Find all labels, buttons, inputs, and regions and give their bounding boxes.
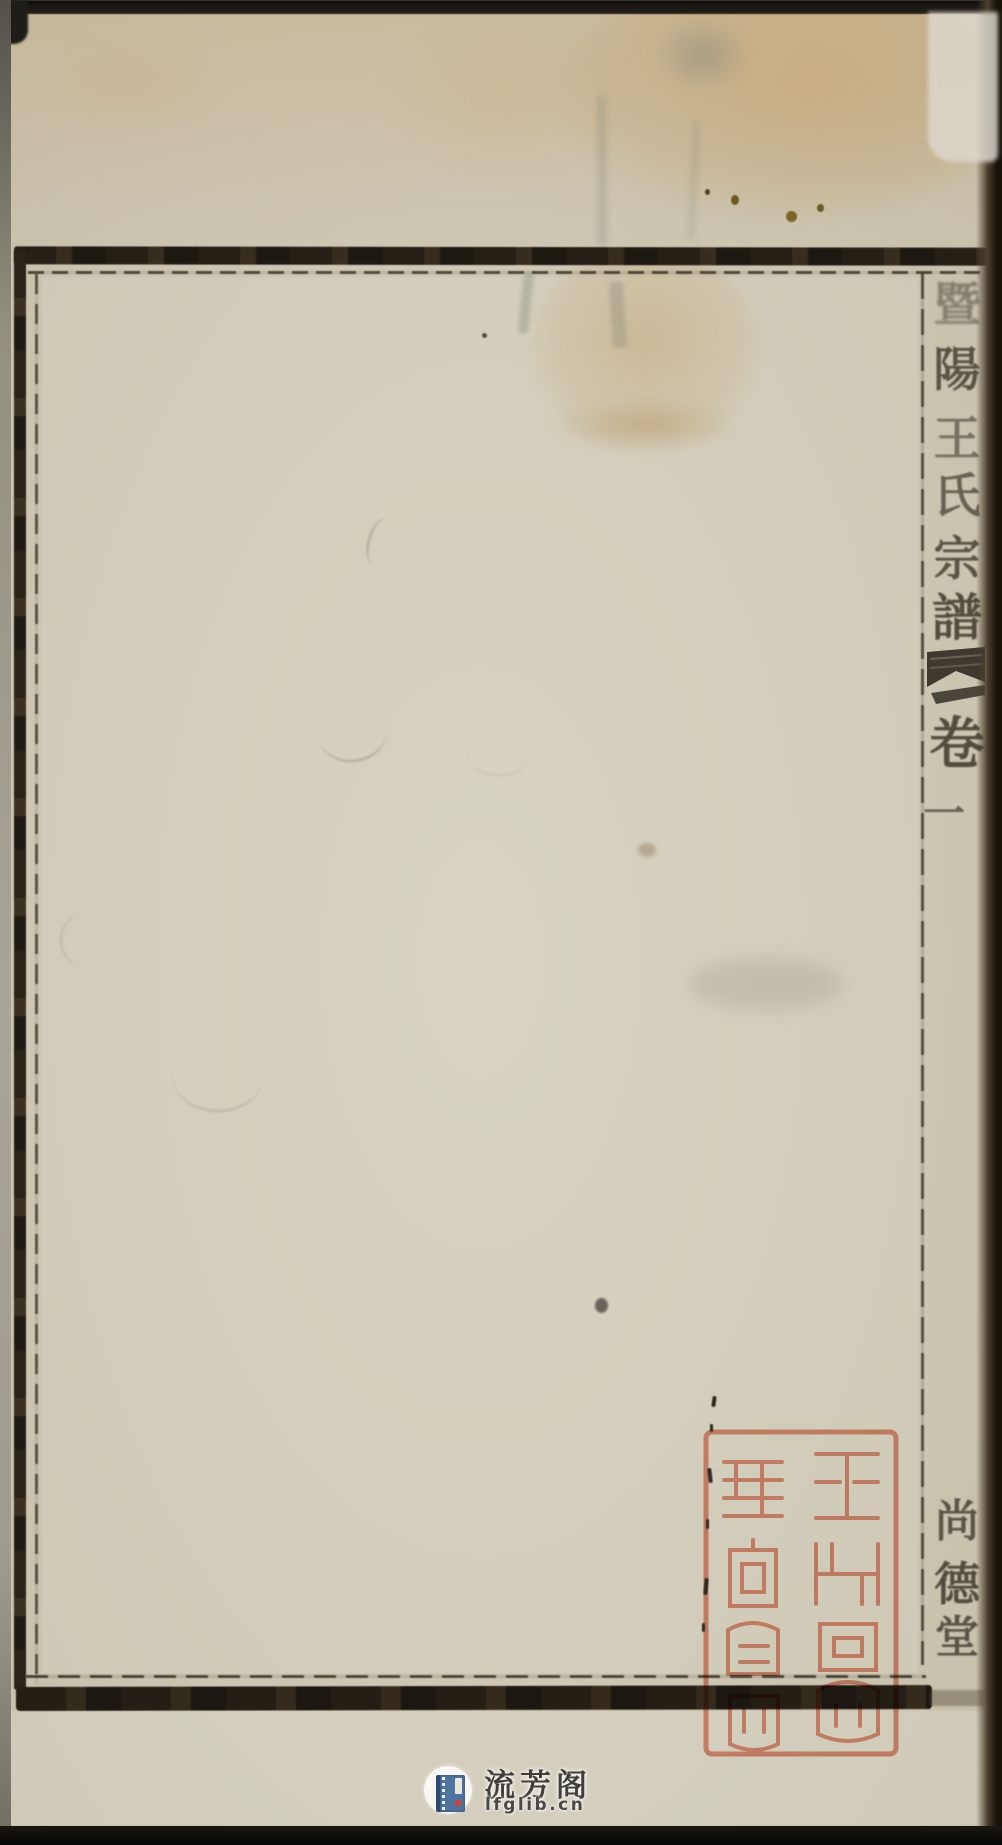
frame-border-bottom-thick — [16, 1685, 932, 1711]
spine-hall-char: 堂 — [926, 1610, 988, 1666]
frame-border-bottom-fade — [930, 1690, 984, 1706]
brown-spot — [638, 843, 656, 857]
spine-title-char: 宗 — [926, 530, 988, 590]
ink-blob — [595, 1298, 608, 1313]
ink-speck — [817, 204, 824, 212]
gray-streak — [518, 272, 534, 335]
watermark-site-url: lfglib.cn — [485, 1795, 585, 1815]
watermark-circle — [424, 1766, 472, 1814]
gray-streak — [609, 282, 628, 349]
faint-smudge — [688, 958, 843, 1010]
ink-mark — [707, 1468, 713, 1483]
frame-interior-paper — [42, 277, 918, 1673]
spine-volume-char: 卷 — [926, 712, 988, 778]
book-title-slip — [455, 1778, 462, 1794]
blue-book-icon — [436, 1775, 465, 1812]
ink-speck — [705, 189, 710, 195]
frame-border-left-thick — [14, 250, 26, 1690]
spine-hall-char: 德 — [926, 1556, 988, 1612]
spine-title-char: 王 — [926, 410, 988, 470]
fishtail-ornament-icon — [926, 646, 986, 716]
water-stain-top-right — [555, 0, 1002, 220]
page-corner-top-left — [0, 0, 28, 44]
spine-title-char: 陽 — [926, 341, 988, 401]
spine-volume-number: 一 — [922, 793, 966, 835]
ink-speck — [731, 195, 739, 205]
page-edge-left — [0, 0, 11, 1845]
water-stain-top-left — [35, 38, 220, 133]
spine-hall-char: 尚 — [926, 1494, 988, 1550]
paper-crease — [363, 515, 404, 569]
gray-streak — [687, 120, 701, 240]
frame-border-left-thin — [35, 274, 38, 1684]
damaged-pale-corner-top-right — [928, 12, 998, 162]
paper-crease — [60, 912, 118, 968]
ink-mark — [703, 1578, 708, 1595]
gray-streak — [597, 95, 607, 247]
ink-speck — [482, 333, 487, 338]
scanned-genealogy-page: 暨 陽 王 氏 宗 譜 卷 一 尚 德 堂 — [0, 0, 1002, 1845]
frame-border-bottom-thin — [26, 1675, 926, 1678]
frame-border-right-thin — [921, 273, 924, 1665]
gray-stain-patch — [653, 16, 751, 94]
book-seal-dot — [455, 1800, 461, 1806]
ink-mark — [706, 1519, 709, 1529]
aged-paper-wash-top — [0, 10, 1002, 260]
red-collector-seal — [700, 1424, 902, 1762]
ink-mark — [710, 1424, 713, 1432]
site-watermark: 流芳阁 lfglib.cn — [424, 1762, 614, 1820]
spine-title-char: 譜 — [926, 588, 988, 648]
paper-crease — [172, 1038, 264, 1112]
frame-border-top-thick — [14, 246, 988, 265]
page-edge-top — [0, 0, 1002, 14]
ink-mark — [702, 1623, 705, 1632]
water-stain-top-middle — [375, 15, 640, 180]
water-stain-inside-frame — [528, 248, 763, 453]
ink-mark — [711, 1396, 716, 1407]
stain-rim — [545, 398, 745, 453]
spine-title-char: 暨 — [926, 276, 988, 336]
paper-crease — [312, 691, 392, 766]
book-stitch-detail — [442, 1777, 445, 1810]
frame-border-top-thin — [28, 271, 980, 274]
page-edge-bottom — [0, 1826, 1002, 1845]
paper-crease — [468, 733, 530, 776]
spine-title-char: 氏 — [926, 467, 988, 527]
ink-speck — [786, 211, 797, 222]
